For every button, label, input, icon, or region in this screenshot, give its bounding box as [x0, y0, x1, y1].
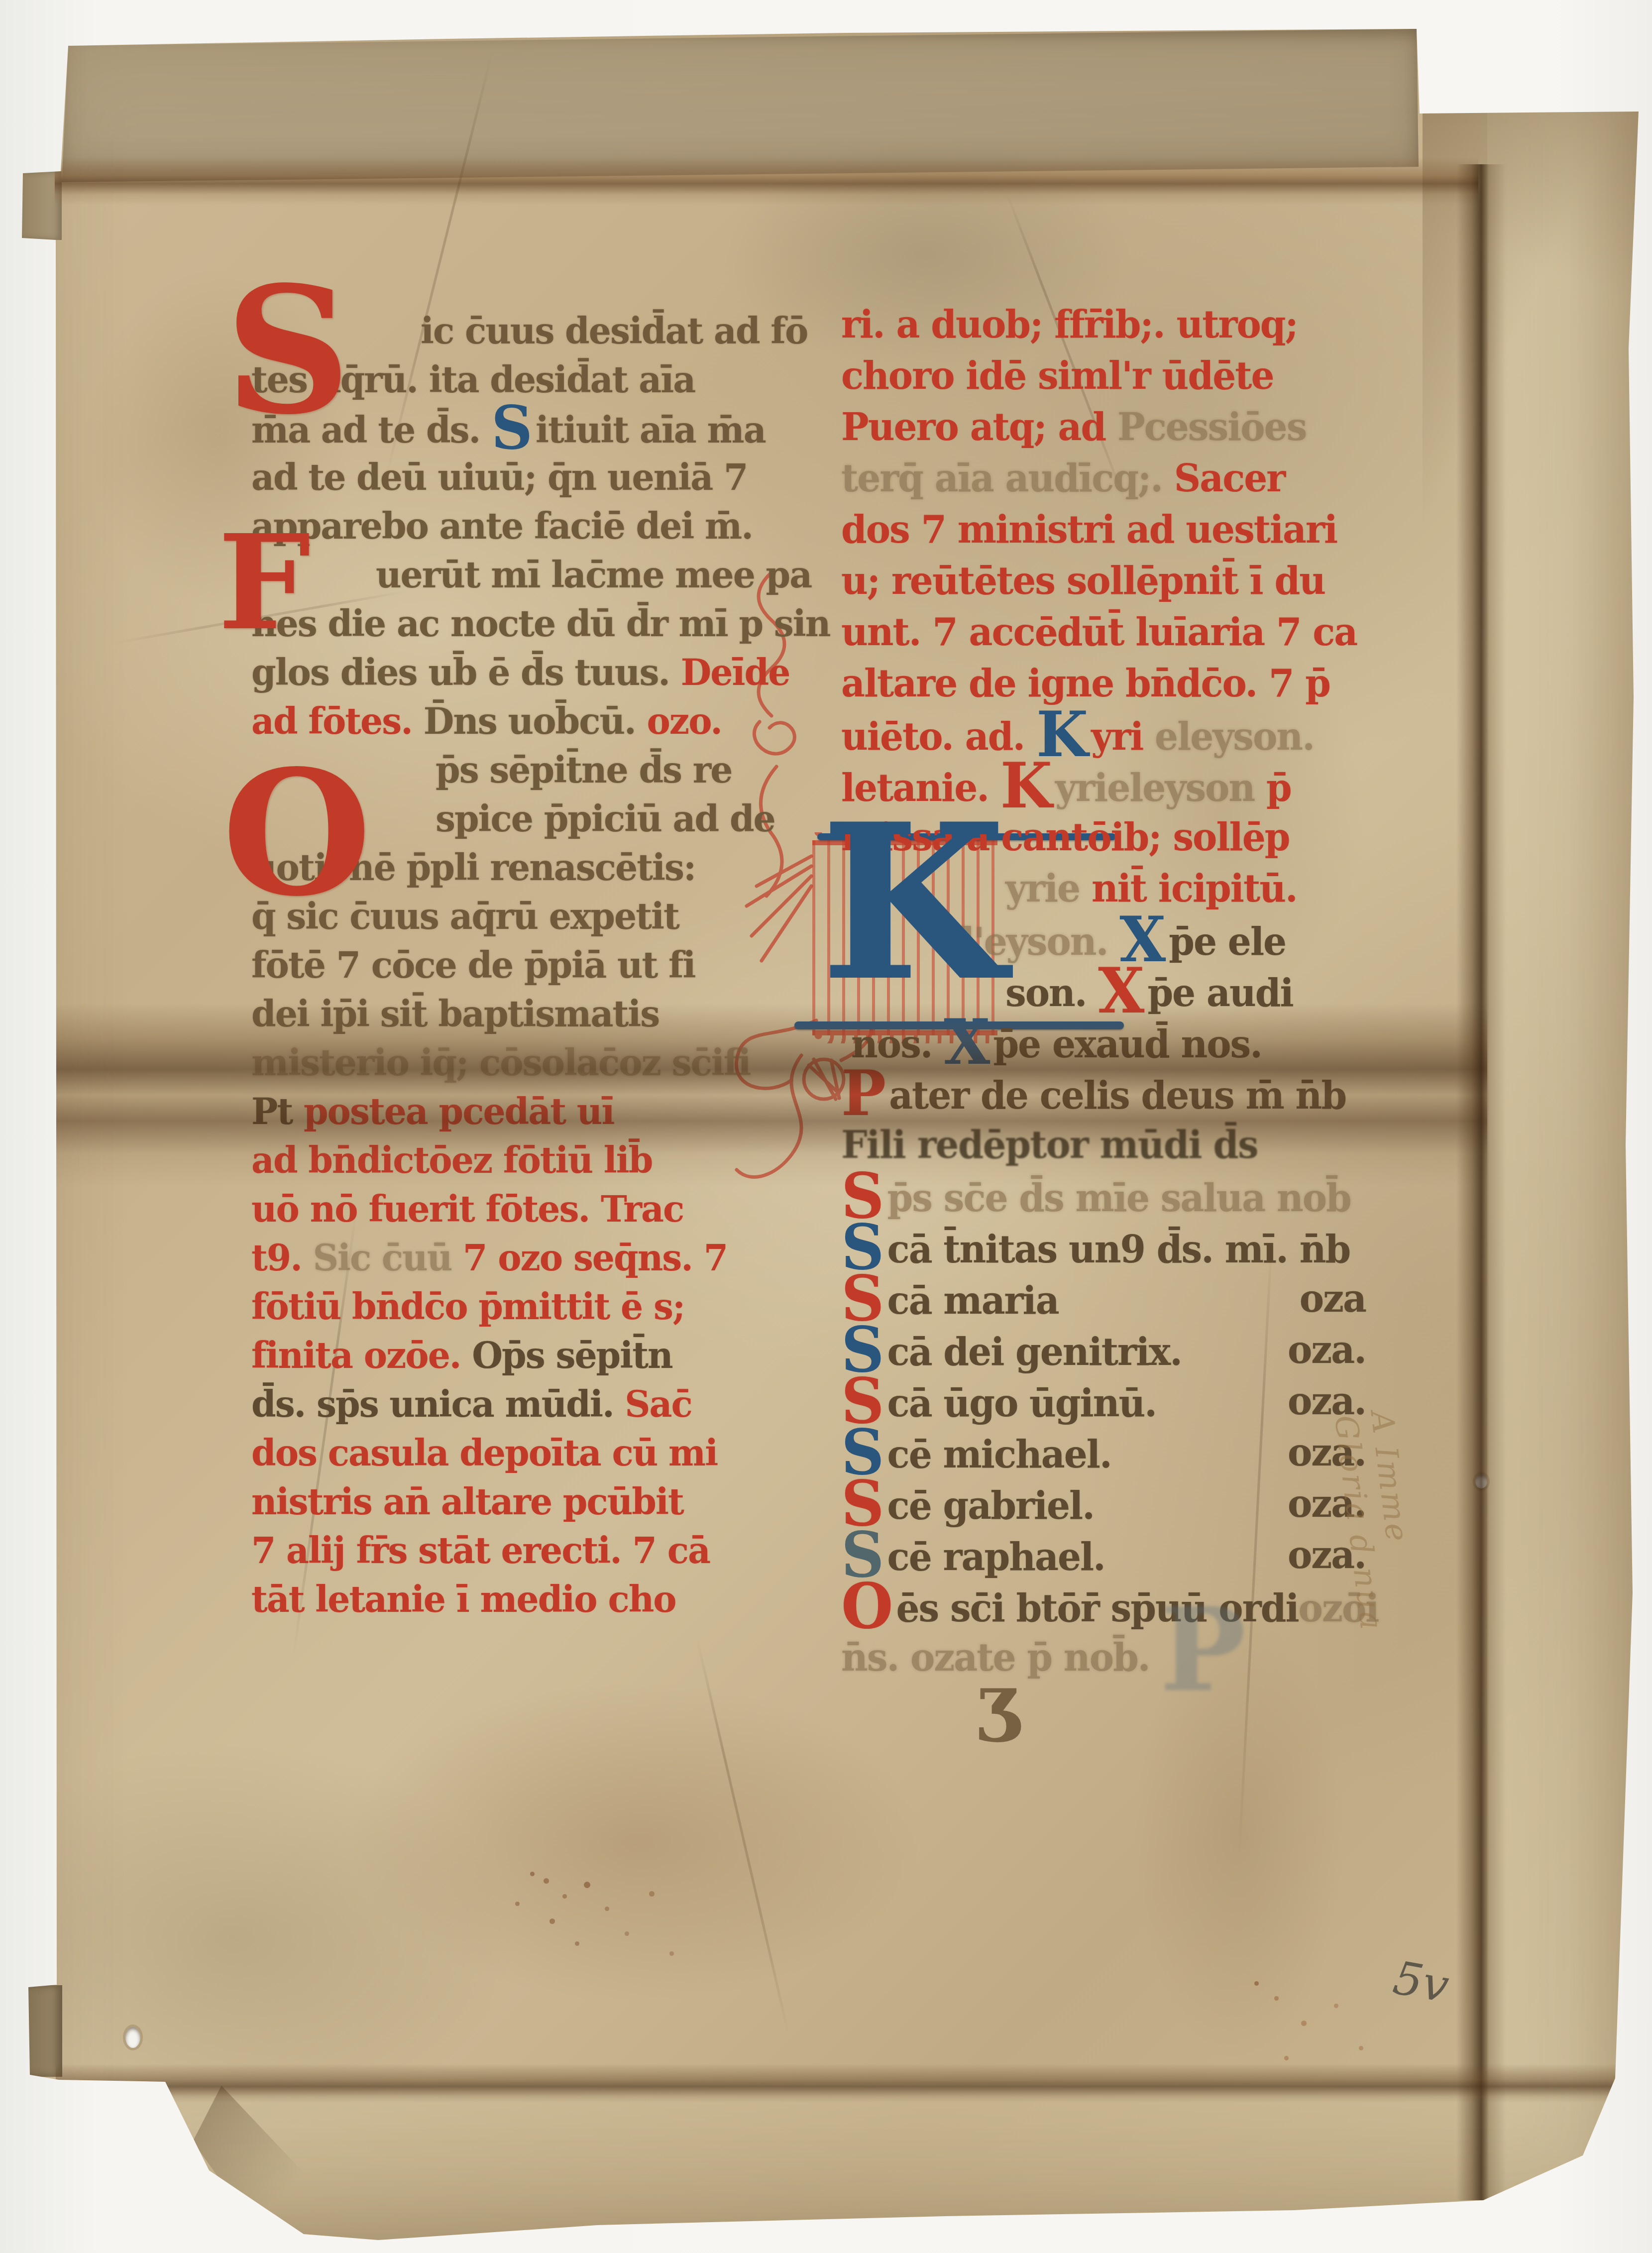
text-line: t9. Sic c̄uū 7 ozo seq̄ns. 7 [251, 1231, 771, 1284]
text-line: uiēto. ad. Kyri eleyson. [841, 708, 1369, 762]
text-segment: terq̄ aīa audīcq;. [841, 456, 1174, 500]
text-segment: ozo. [647, 699, 722, 742]
text-line: Scē raphael.oza. [841, 1528, 1369, 1582]
text-segment: p̄s sēpit̄ne d̄s re [436, 748, 732, 791]
text-line: Scē michael.oza. [841, 1426, 1369, 1479]
text-line: dei ip̄i sit̄ baptismatis [251, 987, 771, 1040]
text-line: Scā dei genitrix.oza. [841, 1323, 1369, 1377]
left-edge-tab-top [22, 171, 62, 240]
text-segment: cā ūgo ūginū. [887, 1381, 1156, 1425]
text-segment: nes die ac nocte dū d̄r mī p sin [251, 601, 830, 645]
text-segment: cē raphael. [887, 1535, 1105, 1579]
text-segment: oza [1300, 1272, 1366, 1326]
showthrough-ghost-letter: P [1160, 1583, 1246, 1717]
text-segment: misterio iq̄; cōsolac̄oz sc̄ifi [251, 1040, 750, 1084]
text-segment: cā t̄nitas un9 d̄s. mī. n̄b [887, 1227, 1350, 1271]
text-line: glos dies ub̄ ē d̄s tuus. Deīde [251, 645, 771, 699]
text-segment: ater de celis deus m̄ n̄b [889, 1073, 1346, 1118]
initial-k-kyrie-large: K [820, 819, 1006, 986]
parchment-leaf: ic c̄uus desid̄at ad fōtes aq̄rū. ita de… [0, 0, 1652, 2253]
right-fold-strip [1487, 111, 1638, 2201]
text-line: finita ozōe. Op̄s sēpit̄n [251, 1328, 771, 1382]
text-segment: u; reūtētes sollēpnit̄ ī du [841, 559, 1325, 603]
text-line: Scā mariaoza [841, 1272, 1369, 1326]
text-segment: Sacer [1174, 456, 1285, 500]
wrinkle-line [696, 1638, 790, 2036]
text-line: fōtē 7 cōce de p̄piā ut fi [251, 938, 771, 992]
stain-bottom-center [348, 1683, 921, 2001]
text-segment: 7 ozo seq̄ns. 7 [463, 1236, 727, 1279]
text-line: nistris an̄ altare pcūbit [251, 1474, 771, 1528]
text-line: apparebo ante faciē dei m̄. [251, 499, 771, 553]
text-line: uō nō fuerit fōtes. Trac [251, 1182, 771, 1236]
text-segment: p̄s sc̄e d̄s mīe salua nob̄ [887, 1176, 1351, 1220]
bottom-fold-strip [56, 2084, 1616, 2251]
parchment-hole [125, 2027, 140, 2048]
text-segment: p̄e exaud̄ nos. [993, 1022, 1262, 1066]
bottom-left-corner-fold [189, 2076, 368, 2240]
text-line: Scē gabriel.oza. [841, 1477, 1369, 1531]
text-segment: d̄s. sp̄s unica mūdi. [251, 1382, 625, 1425]
text-line: choro idē siml'r ūdēte [841, 349, 1369, 403]
text-segment: Pcessiōes [1117, 405, 1306, 449]
text-line: fōtiū bn̄dc̄o p̄mittit ē s; [251, 1279, 771, 1333]
text-segment: uerūt mī lac̄me mee pa [376, 553, 811, 596]
text-segment: Sac̄ [625, 1382, 692, 1425]
text-segment: ic c̄uus desid̄at ad fō [421, 309, 807, 352]
text-segment: glos dies ub̄ ē d̄s tuus. [251, 650, 681, 693]
text-segment: D̄ns uob̄cū. [424, 699, 647, 742]
text-segment: itiuit aīa m̄a [536, 408, 766, 451]
top-crease-shadow [55, 157, 1478, 205]
text-segment: tāt letanie ī medio cho [251, 1577, 676, 1620]
text-segment: yrieleyson [1055, 766, 1266, 810]
text-line: misterio iq̄; cōsolac̄oz sc̄ifi [251, 1035, 771, 1089]
top-fold-flap [55, 25, 1421, 184]
text-segment: oza. [1288, 1323, 1366, 1377]
text-line: Fili redēptor mūdi d̄s [841, 1118, 1369, 1172]
text-segment: Pt [251, 1089, 304, 1132]
text-segment: Fili redēptor mūdi d̄s [841, 1123, 1258, 1167]
text-line: u; reūtētes sollēpnit̄ ī du [841, 554, 1369, 608]
text-segment: dos 7 ministri ad uestiari [841, 507, 1337, 552]
text-line: Scā t̄nitas un9 d̄s. mī. n̄b [841, 1221, 1369, 1274]
text-segment: choro idē siml'r ūdēte [841, 353, 1274, 398]
text-segment: Deīde [681, 650, 790, 693]
text-segment: cē michael. [887, 1432, 1111, 1476]
text-segment: fōtiū bn̄dc̄o p̄mittit ē s; [251, 1284, 684, 1328]
text-line: Pater de celis deus m̄ n̄b [841, 1067, 1369, 1121]
text-segment: p̄ [1266, 766, 1291, 810]
text-line: ri. a duob; ffr̄ib;. utroq; [841, 298, 1369, 351]
text-line: Puero atq; ad Pcessiōes [841, 400, 1369, 454]
text-segment: t9. [251, 1236, 313, 1279]
text-segment: postea pcedāt uī [304, 1089, 614, 1132]
initial-f-fuerunt: F [218, 532, 311, 633]
text-line: 7 alij fr̄s stāt erecti. 7 cā [251, 1523, 771, 1577]
text-line: altare de igne bn̄dc̄o. 7 p̄ [841, 657, 1369, 710]
folio-number-pencil: 5v [1390, 1951, 1453, 2013]
right-corner-fold-shade [1423, 112, 1639, 584]
text-segment: ad te deū uiuū; q̄n ueniā 7 [251, 455, 747, 498]
text-segment: eleyson. [1155, 714, 1314, 759]
text-segment: Puero atq; ad [841, 405, 1117, 449]
text-line: tāt letanie ī medio cho [251, 1572, 771, 1626]
initial-o-omnipotens: O [222, 767, 372, 901]
text-segment: dei ip̄i sit̄ baptismatis [251, 992, 659, 1035]
text-segment: p̄e ele [1169, 919, 1286, 964]
ink-speckles [530, 1872, 535, 1876]
text-line: Sp̄s sc̄e d̄s mīe salua nob̄ [841, 1169, 1369, 1223]
text-line: unt. 7 accēdūt̄ luīaria 7 ca [841, 605, 1369, 659]
text-line: Scā ūgo ūginū.oza. [841, 1374, 1369, 1428]
text-segment: 7 alij fr̄s stāt erecti. 7 cā [251, 1528, 710, 1572]
text-segment: fōtē 7 cōce de p̄piā ut fi [251, 943, 695, 986]
text-segment: cā dei genitrix. [887, 1330, 1182, 1374]
text-line: nes die ac nocte dū d̄r mī p sin [251, 596, 771, 650]
text-segment: dos casula depoīta cū mi [251, 1431, 717, 1474]
text-line: ad te deū uiuū; q̄n ueniā 7 [251, 450, 771, 504]
text-segment: apparebo ante faciē dei m̄. [251, 504, 753, 547]
text-line: dos 7 ministri ad uestiari [841, 503, 1369, 557]
paragraph-squiggle-mark: ʒ [977, 1658, 1019, 1745]
text-segment: finita ozōe. [251, 1333, 472, 1376]
text-line: Pt postea pcedāt uī [251, 1084, 771, 1138]
parchment-hole-small [1475, 1474, 1487, 1488]
bottom-crease-shadow [56, 2064, 1616, 2103]
text-line: d̄s. sp̄s unica mūdi. Sac̄ [251, 1377, 771, 1431]
text-segment: spice p̄piciū ad de [436, 796, 775, 840]
text-segment: son. [1005, 971, 1098, 1015]
text-segment: yri [1091, 714, 1155, 759]
text-line: Oēs sc̄i btōr̄ sp̄uū ordiozōi [841, 1579, 1369, 1633]
text-segment: nistris an̄ altare pcūbit [251, 1479, 683, 1523]
text-segment: Sic c̄uū [313, 1236, 463, 1279]
rust-speckles [1254, 1981, 1259, 1986]
text-line: ad bn̄dictōez fōtiū lib̄ [251, 1133, 771, 1187]
left-edge-tab-bottom [27, 1985, 62, 2077]
text-segment: yrie [1005, 866, 1092, 910]
initial-s-sicut: S [225, 283, 351, 419]
text-segment: unt. 7 accēdūt̄ luīaria 7 ca [841, 610, 1357, 654]
text-segment: cā maria [887, 1278, 1059, 1323]
vertical-fold-crease [1456, 164, 1506, 2200]
text-line: terq̄ aīa audīcq;. Sacer [841, 451, 1369, 505]
text-segment: uō nō fuerit fōtes. Trac [251, 1187, 683, 1230]
text-line: n̄s. ozate p̄ nob̄. [841, 1631, 1369, 1685]
text-line: dos casula depoīta cū mi [251, 1426, 771, 1479]
text-segment: ri. a duob; ffr̄ib;. utroq; [841, 302, 1298, 346]
text-line: uerūt mī lac̄me mee pa [251, 548, 771, 601]
text-segment: ad bn̄dictōez fōtiū lib̄ [251, 1138, 652, 1181]
text-segment: Op̄s sēpit̄n [472, 1333, 672, 1376]
text-segment: p̄e audi [1147, 971, 1293, 1015]
text-segment: cē gabriel. [887, 1483, 1094, 1528]
